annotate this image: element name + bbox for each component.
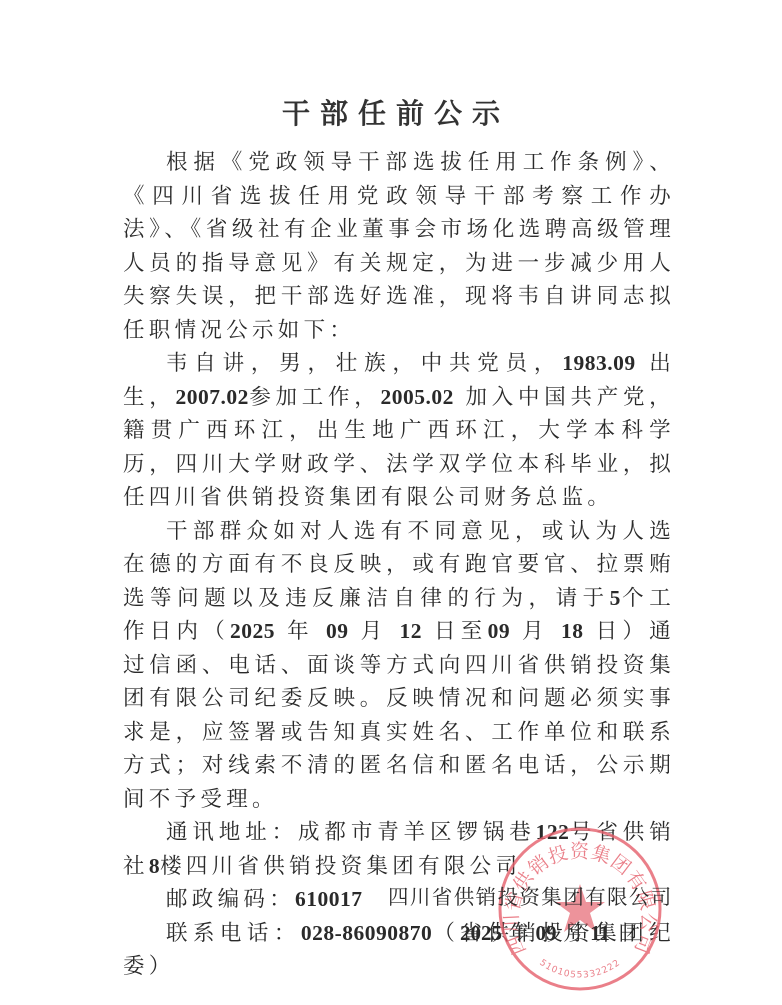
birth-date: 1983.09 [562,351,635,375]
start-year: 2025 [230,619,275,643]
date-unit: 日 [610,921,637,945]
stamp-code: 5101055332222 [537,958,622,981]
address-text: 楼四川省供销投资集团有限公司 [160,854,521,879]
candidate-text: 参加工作， [249,385,381,410]
feedback-text: 月 [510,619,561,644]
svg-text:5101055332222: 5101055332222 [537,958,622,981]
address-floor: 8 [149,854,160,878]
feedback-text: 年 [275,619,326,644]
end-day: 18 [561,619,584,643]
candidate-text: 韦自讲，男，壮族，中共党员， [166,351,562,376]
date-year: 2025 [460,921,502,945]
page-title: 干部任前公示 [0,92,782,132]
feedback-text: 日至 [422,619,488,644]
feedback-text: 月 [349,619,400,644]
feedback-text: 干部群众如对人选有不同意见，或认为人选在德的方面有不良反映，或有跑官要官、拉票贿… [123,519,675,611]
signature-org: 四川省供销投资集团有限公司 [388,880,673,910]
start-day: 12 [399,619,422,643]
feedback-text: 日）通过信函、电话、面谈等方式向四川省供销投资集团有限公司纪委反映。反映情况和问… [123,619,675,812]
end-month: 09 [488,619,511,643]
start-month: 09 [326,619,349,643]
date-month: 09 [536,921,557,945]
postcode-label: 邮政编码： [166,887,295,912]
postcode-value: 610017 [295,887,363,911]
phone-value: 028-86090870 [301,921,432,945]
paragraph-basis: 根据《党政领导干部选拔任用工作条例》、《四川省选拔任用党政领导干部考察工作办法》… [123,146,675,347]
work-start-date: 2007.02 [176,385,249,409]
paragraph-feedback: 干部群众如对人选有不同意见，或认为人选在德的方面有不良反映，或有跑官要官、拉票贿… [123,515,675,817]
date-unit: 年 [502,921,536,945]
address-label: 通讯地址： [166,820,298,845]
date-day: 11 [590,921,610,945]
party-join-date: 2005.02 [381,385,454,409]
paragraph-candidate: 韦自讲，男，壮族，中共党员，1983.09 出生，2007.02参加工作，200… [123,347,675,515]
phone-label: 联系电话： [166,921,301,946]
signature-date: 2025 年 09 月 11 日 [460,916,637,946]
date-unit: 月 [557,921,591,945]
working-days: 5 [610,586,621,610]
